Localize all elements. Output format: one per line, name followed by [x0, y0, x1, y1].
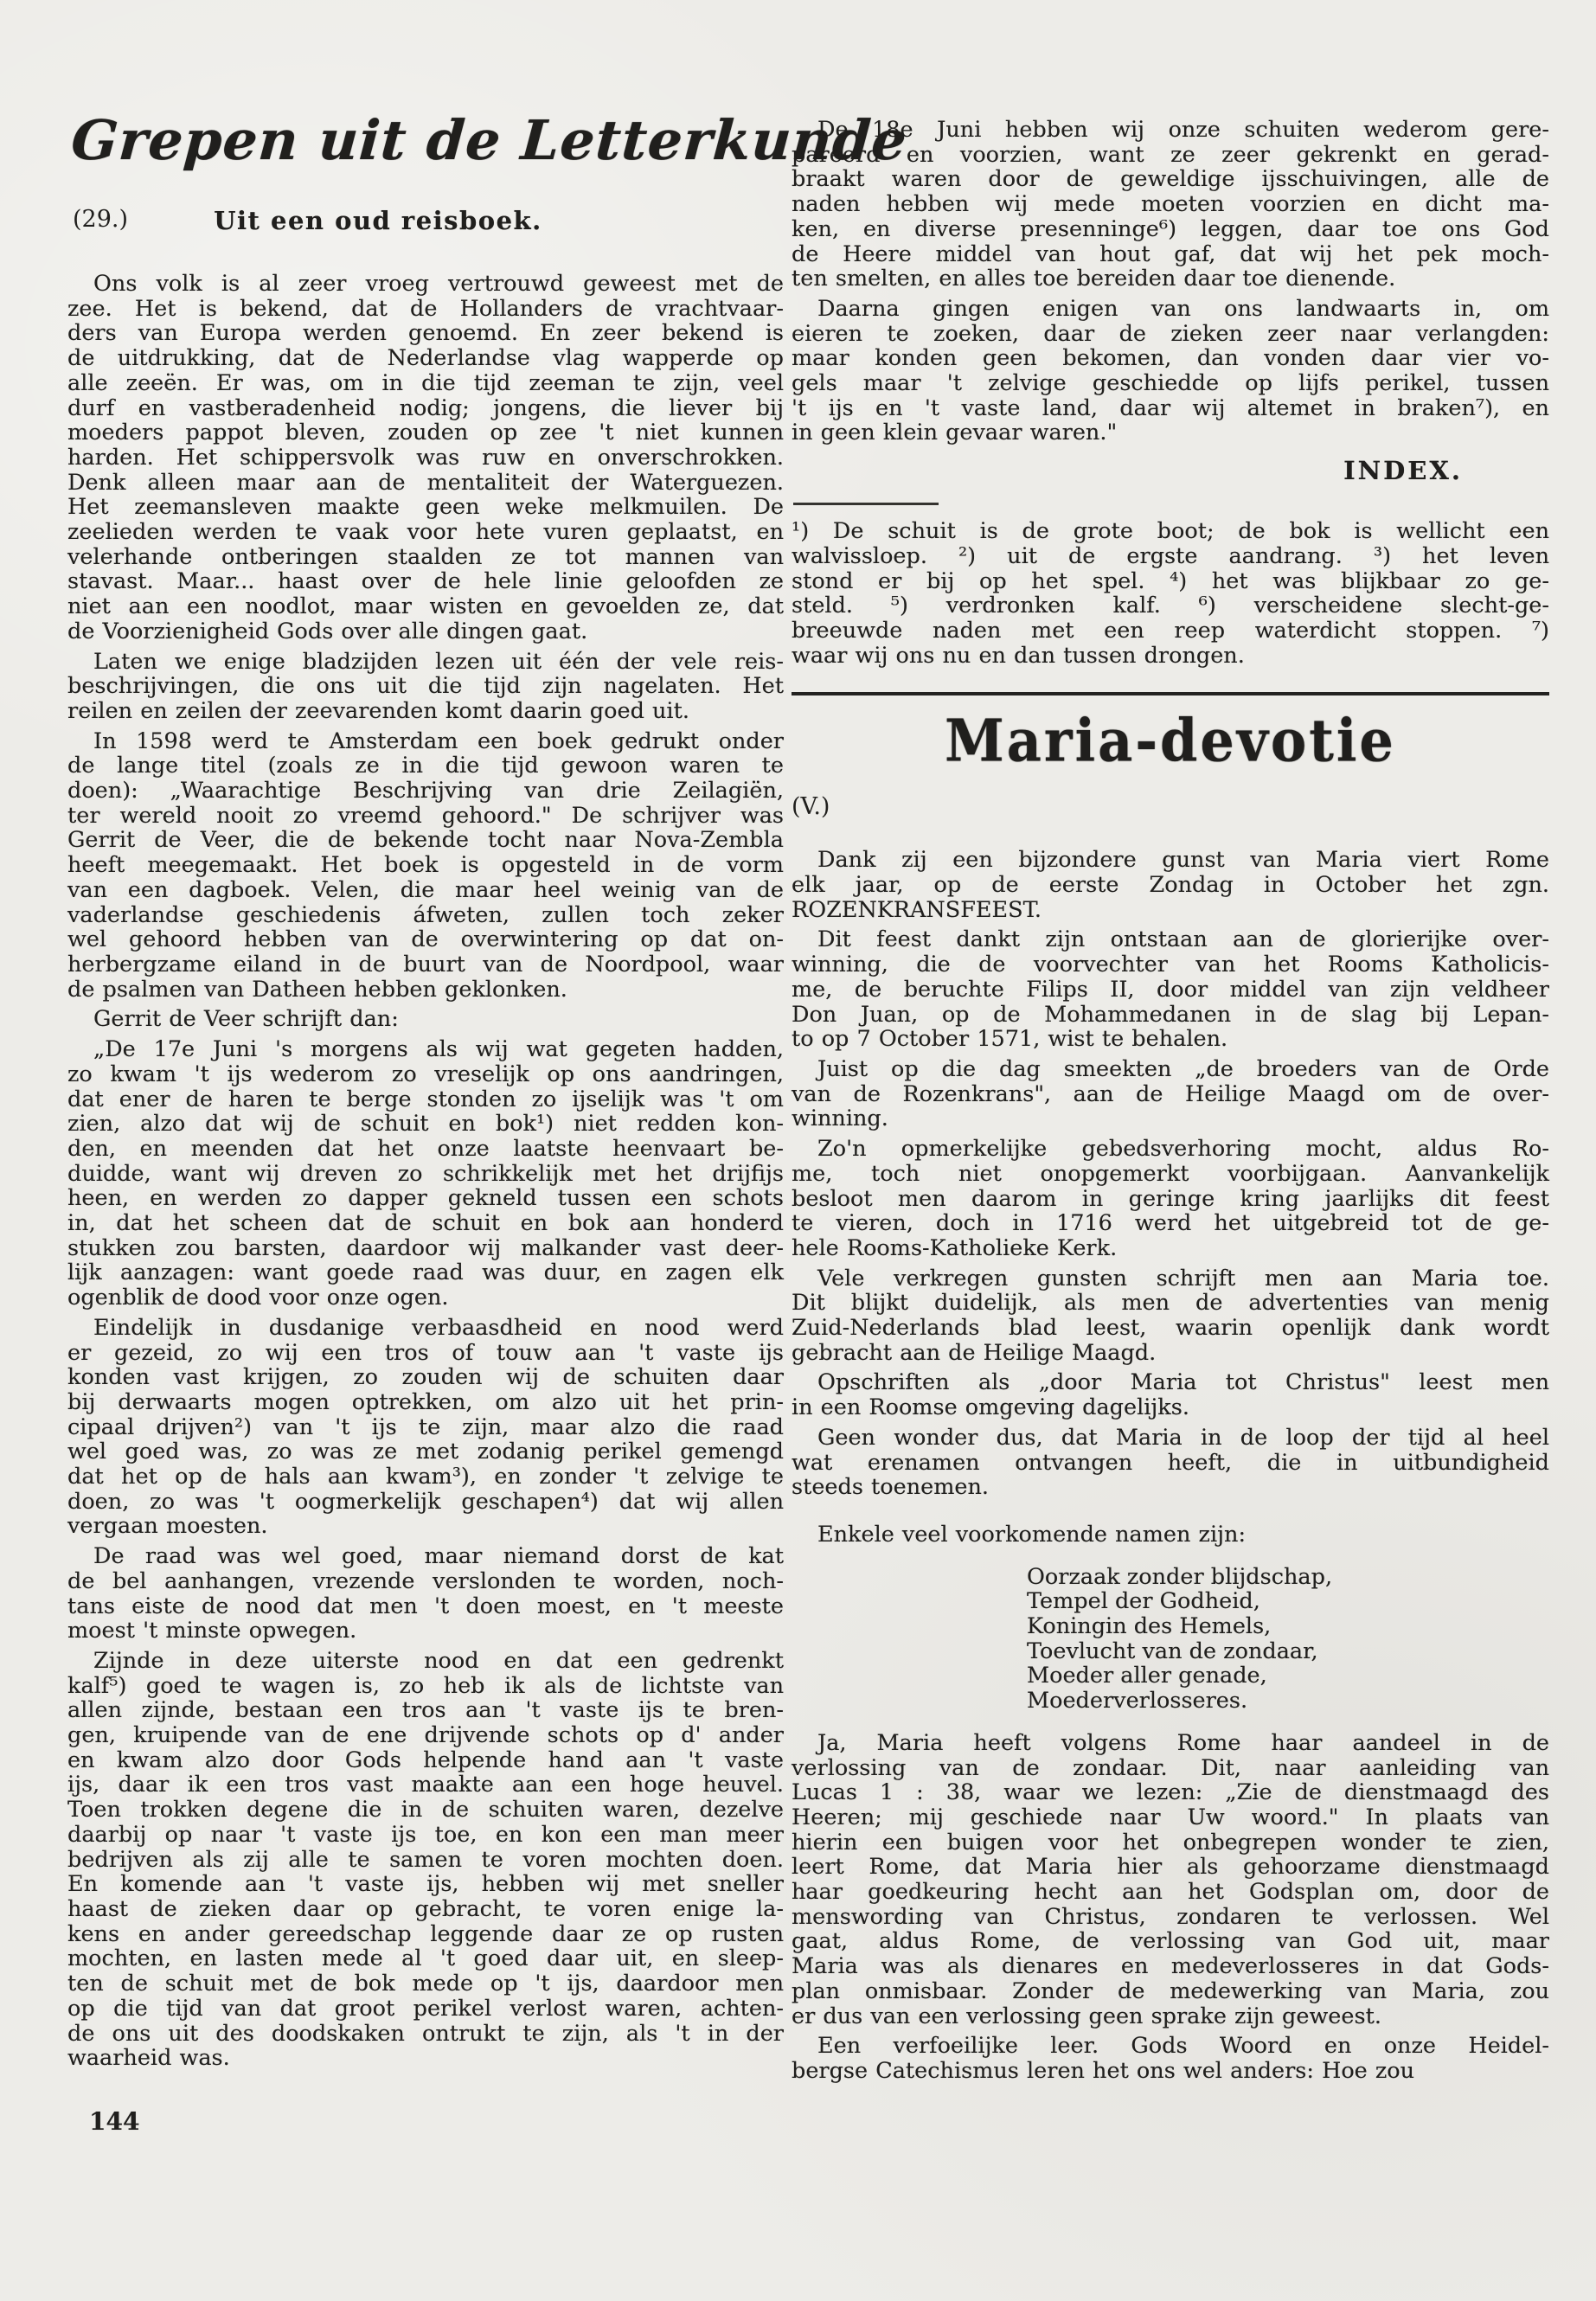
footnotes-block: ¹) De schuit is de grote boot; de bok is… — [792, 519, 1549, 668]
text-line: dat ener de haren te berge stonden zo ij… — [67, 1087, 784, 1112]
text-line: haar goedkeuring hecht aan het Godsplan … — [792, 1880, 1549, 1905]
text-line: wel goed was, zo was ze met zodanig peri… — [67, 1439, 784, 1465]
text-line: heeft meegemaakt. Het boek is opgesteld … — [67, 853, 784, 878]
paragraph: Een verfoeilijke leer. Gods Woord en onz… — [792, 2034, 1549, 2083]
right-column: De 18e Juni hebben wij onze schuiten wed… — [792, 118, 1549, 2084]
text-line: ¹) De schuit is de grote boot; de bok is… — [792, 519, 1549, 544]
text-line: Zo'n opmerkelijke gebedsverhoring mocht,… — [792, 1137, 1549, 1162]
paragraph: Vele verkregen gunsten schrijft men aan … — [792, 1266, 1549, 1366]
text-line: mochten, en lasten mede al 't goed daar … — [67, 1946, 784, 1971]
footnote-divider-rule — [793, 503, 939, 505]
paragraph: Geen wonder dus, dat Maria in de loop de… — [792, 1426, 1549, 1500]
text-line: Daarna gingen enigen van ons landwaarts … — [792, 297, 1549, 322]
text-line: eieren te zoeken, daar de zieken zeer na… — [792, 322, 1549, 347]
text-line: de uitdrukking, dat de Nederlandse vlag … — [67, 346, 784, 371]
text-line: ogenblik de dood voor onze ogen. — [67, 1285, 784, 1311]
text-line: durf en vastberadenheid nodig; jongens, … — [67, 396, 784, 421]
text-line: waar wij ons nu en dan tussen drongen. — [792, 644, 1549, 669]
text-line: waarheid was. — [67, 2046, 784, 2071]
left-column: Grepen uit de Letterkunde (29.) Uit een … — [67, 83, 784, 2071]
text-line: breeuwde naden met een reep waterdicht s… — [792, 619, 1549, 644]
text-line: En komende aan 't vaste ijs, hebben wij … — [67, 1872, 784, 1897]
text-line: beschrijvingen, die ons uit die tijd zij… — [67, 674, 784, 699]
text-line: de Voorzienigheid Gods over alle dingen … — [67, 619, 784, 644]
text-line: hierin een buigen voor het onbegrepen wo… — [792, 1830, 1549, 1856]
text-line: doen, zo was 't oogmerkelijk geschapen⁴)… — [67, 1490, 784, 1515]
paragraph: Dank zij een bijzondere gunst van Maria … — [792, 848, 1549, 922]
text-line: leert Rome, dat Maria hier als gehoorzam… — [792, 1855, 1549, 1880]
text-line: Ons volk is al zeer vroeg vertrouwd gewe… — [67, 272, 784, 297]
text-line: reilen en zeilen der zeevarenden komt da… — [67, 699, 784, 724]
text-line: Heeren; mij geschiede naar Uw woord." In… — [792, 1805, 1549, 1830]
left-column-body: Ons volk is al zeer vroeg vertrouwd gewe… — [67, 272, 784, 2071]
page-number: 144 — [89, 2107, 139, 2136]
text-line: de ons uit des doodskaken ontrukt te zij… — [67, 2022, 784, 2047]
text-line: Een verfoeilijke leer. Gods Woord en onz… — [792, 2034, 1549, 2059]
paragraph: De 18e Juni hebben wij onze schuiten wed… — [792, 118, 1549, 292]
text-line: „De 17e Juni 's morgens als wij wat gege… — [67, 1037, 784, 1062]
text-line: ijs, daar ik een tros vast maakte aan ee… — [67, 1772, 784, 1798]
text-line: op die tijd van dat groot perikel verlos… — [67, 1997, 784, 2022]
text-line: ken, en diverse presenninge⁶) leggen, da… — [792, 217, 1549, 242]
text-line: Dit feest dankt zijn ontstaan aan de glo… — [792, 927, 1549, 952]
text-line: tans eiste de nood dat men 't doen moest… — [67, 1594, 784, 1619]
scanned-magazine-page: Grepen uit de Letterkunde (29.) Uit een … — [0, 0, 1596, 2301]
text-line: Zijnde in deze uiterste nood en dat een … — [67, 1649, 784, 1674]
article-part-number: (V.) — [792, 793, 1549, 820]
text-line: Eindelijk in dusdanige verbaasdheid en n… — [67, 1316, 784, 1341]
text-line: verlossing van de zondaar. Dit, naar aan… — [792, 1756, 1549, 1781]
text-line: moeders pappot bleven, zouden op zee 't … — [67, 420, 784, 445]
text-line: Geen wonder dus, dat Maria in de loop de… — [792, 1426, 1549, 1451]
text-line: ten smelten, en alles toe bereiden daar … — [792, 266, 1549, 292]
text-line: zo kwam 't ijs wederom zo vreselijk op o… — [67, 1062, 784, 1087]
paragraph: Gerrit de Veer schrijft dan: — [67, 1007, 784, 1032]
text-line: moest 't minste opwegen. — [67, 1618, 784, 1644]
text-line: er gezeid, zo wij een tros of touw aan '… — [67, 1341, 784, 1366]
text-line: gen, kruipende van de ene drijvende scho… — [67, 1723, 784, 1748]
right-column-continuation: De 18e Juni hebben wij onze schuiten wed… — [792, 118, 1549, 445]
text-line: daarbij op naar 't vaste ijs toe, en kon… — [67, 1823, 784, 1848]
text-line: Maria was als dienares en medeverlossere… — [792, 1954, 1549, 1979]
text-line: konden vast krijgen, zo zouden wij de sc… — [67, 1365, 784, 1390]
text-line: bedrijven als zij alle te samen te voren… — [67, 1848, 784, 1873]
list-item: Koningin des Hemels, — [1027, 1614, 1549, 1639]
text-line: de bel aanhangen, vrezende verslonden te… — [67, 1569, 784, 1594]
list-item: Moeder aller genade, — [1027, 1663, 1549, 1689]
text-line: ter wereld nooit zo vreemd gehoord." De … — [67, 804, 784, 829]
text-line: In 1598 werd te Amsterdam een boek gedru… — [67, 729, 784, 754]
text-line: in een Roomse omgeving dagelijks. — [792, 1395, 1549, 1420]
text-line: Opschriften als „door Maria tot Christus… — [792, 1370, 1549, 1395]
text-line: Laten we enige bladzijden lezen uit één … — [67, 650, 784, 675]
list-item: Moederverlosseres. — [1027, 1689, 1549, 1714]
text-line: wel gehoord hebben van de overwintering … — [67, 927, 784, 952]
text-line: de lange titel (zoals ze in die tijd gew… — [67, 753, 784, 779]
text-line: Juist op die dag smeekten „de broeders v… — [792, 1057, 1549, 1082]
text-line: herbergzame eiland in de buurt van de No… — [67, 952, 784, 977]
text-line: Ja, Maria heeft volgens Rome haar aandee… — [792, 1731, 1549, 1756]
paragraph: Dit feest dankt zijn ontstaan aan de glo… — [792, 927, 1549, 1052]
text-line: zeelieden werden te vaak voor hete vuren… — [67, 520, 784, 545]
list-item: Toevlucht van de zondaar, — [1027, 1639, 1549, 1664]
text-line: me, de beruchte Filips II, door middel v… — [792, 977, 1549, 1003]
text-line: Dit blijkt duidelijk, als men de adverte… — [792, 1291, 1549, 1316]
text-line: de Heere middel van hout gaf, dat wij he… — [792, 242, 1549, 267]
text-line: Vele verkregen gunsten schrijft men aan … — [792, 1266, 1549, 1292]
paragraph: In 1598 werd te Amsterdam een boek gedru… — [67, 729, 784, 1003]
text-line: elk jaar, op de eerste Zondag in October… — [792, 873, 1549, 898]
paragraph: Zo'n opmerkelijke gebedsverhoring mocht,… — [792, 1137, 1549, 1261]
text-line: maar konden geen bekomen, dan vonden daa… — [792, 346, 1549, 371]
text-line: gaat, aldus Rome, de verlossing van God … — [792, 1929, 1549, 1954]
text-line: allen zijnde, bestaan een tros aan 't va… — [67, 1698, 784, 1723]
paragraph: Juist op die dag smeekten „de broeders v… — [792, 1057, 1549, 1131]
text-line: Gerrit de Veer schrijft dan: — [67, 1007, 784, 1032]
text-line: kens en ander gereedschap leggende daar … — [67, 1922, 784, 1947]
paragraph: De raad was wel goed, maar niemand dorst… — [67, 1544, 784, 1644]
paragraph: Opschriften als „door Maria tot Christus… — [792, 1370, 1549, 1420]
paragraph: Enkele veel voorkomende namen zijn: — [792, 1522, 1549, 1548]
text-line: heen, en werden zo dapper gekneld tussen… — [67, 1186, 784, 1211]
text-line: naden hebben wij mede moeten voorzien en… — [792, 192, 1549, 217]
text-line: ROZENKRANSFEEST. — [792, 898, 1549, 923]
article-title: Maria-devotie — [792, 707, 1549, 775]
article-body: Dank zij een bijzondere gunst van Maria … — [792, 848, 1549, 2083]
paragraph: Ons volk is al zeer vroeg vertrouwd gewe… — [67, 272, 784, 644]
text-line: pareerd en voorzien, want ze zeer gekren… — [792, 143, 1549, 168]
text-line: in geen klein gevaar waren." — [792, 420, 1549, 445]
list-item: Oorzaak zonder blijdschap, — [1027, 1565, 1549, 1590]
text-line: duidde, want wij dreven zo schrikkelijk … — [67, 1162, 784, 1187]
paragraph: Ja, Maria heeft volgens Rome haar aandee… — [792, 1731, 1549, 2029]
text-line: bergse Catechismus leren het ons wel and… — [792, 2059, 1549, 2084]
text-line: harden. Het schippersvolk was ruw en onv… — [67, 445, 784, 471]
text-line: Enkele veel voorkomende namen zijn: — [792, 1522, 1549, 1548]
text-line: De 18e Juni hebben wij onze schuiten wed… — [792, 118, 1549, 143]
text-line: doen): „Waarachtige Beschrijving van dri… — [67, 779, 784, 804]
list-item: Tempel der Godheid, — [1027, 1589, 1549, 1614]
text-line: steld. ⁵) verdronken kalf. ⁶) verscheide… — [792, 593, 1549, 619]
text-line: De raad was wel goed, maar niemand dorst… — [67, 1544, 784, 1569]
text-line: en kwam alzo door Gods helpende hand aan… — [67, 1748, 784, 1773]
series-row: (29.) Uit een oud reisboek. — [67, 206, 784, 242]
text-line: Het zeemansleven maakte geen weke melkmu… — [67, 495, 784, 520]
text-line: stukken zou barsten, daardoor wij malkan… — [67, 1236, 784, 1261]
text-line: 't ijs en 't vaste land, daar wij alteme… — [792, 396, 1549, 421]
text-line: alle zeeën. Er was, om in die tijd zeema… — [67, 371, 784, 396]
text-line: winning, die de voorvechter van het Room… — [792, 952, 1549, 977]
paragraph: Zijnde in deze uiterste nood en dat een … — [67, 1649, 784, 2071]
text-line: stond er bij op het spel. ⁴) het was bli… — [792, 569, 1549, 594]
text-line: besloot men daarom in geringe kring jaar… — [792, 1187, 1549, 1212]
text-line: braakt waren door de geweldige ijsschuiv… — [792, 167, 1549, 192]
text-line: Denk alleen maar aan de mentaliteit der … — [67, 471, 784, 496]
paragraph: Laten we enige bladzijden lezen uit één … — [67, 650, 784, 724]
text-line: zee. Het is bekend, dat de Hollanders de… — [67, 297, 784, 322]
article-subtitle: Uit een oud reisboek. — [67, 206, 689, 235]
text-line: walvissloep. ²) uit de ergste aandrang. … — [792, 544, 1549, 569]
text-line: Gerrit de Veer, die de bekende tocht naa… — [67, 828, 784, 853]
paragraph: „De 17e Juni 's morgens als wij wat gege… — [67, 1037, 784, 1311]
text-line: haast de zieken daar op gebracht, te vor… — [67, 1897, 784, 1922]
text-line: gels maar 't zelvige geschiedde op lijfs… — [792, 371, 1549, 396]
paragraph: Eindelijk in dusdanige verbaasdheid en n… — [67, 1316, 784, 1539]
text-line: Lucas 1 : 38, waar we lezen: „Zie de die… — [792, 1780, 1549, 1805]
paragraph: ¹) De schuit is de grote boot; de bok is… — [792, 519, 1549, 668]
marian-titles-list: Oorzaak zonder blijdschap,Tempel der God… — [1027, 1565, 1549, 1714]
paragraph: Daarna gingen enigen van ons landwaarts … — [792, 297, 1549, 445]
text-line: stavast. Maar... haast over de hele lini… — [67, 569, 784, 594]
text-line: lijk aanzagen: want goede raad was duur,… — [67, 1260, 784, 1285]
text-line: de psalmen van Datheen hebben geklonken. — [67, 977, 784, 1003]
text-line: hele Rooms-Katholieke Kerk. — [792, 1236, 1549, 1261]
text-line: winning. — [792, 1106, 1549, 1131]
text-line: to op 7 October 1571, wist te behalen. — [792, 1027, 1549, 1052]
section-script-title: Grepen uit de Letterkunde — [67, 83, 792, 197]
text-line: zien, alzo dat wij de schuit en bok¹) ni… — [67, 1112, 784, 1137]
text-line: menswording van Christus, zondaren te ve… — [792, 1905, 1549, 1930]
text-line: Zuid-Nederlands blad leest, waarin openl… — [792, 1316, 1549, 1341]
text-line: velerhande ontberingen staalden ze tot m… — [67, 545, 784, 570]
text-line: wat erenamen ontvangen heeft, die in uit… — [792, 1451, 1549, 1476]
text-line: Toen trokken degene die in de schuiten w… — [67, 1798, 784, 1823]
text-line: ders van Europa werden genoemd. En zeer … — [67, 321, 784, 346]
text-line: niet aan een noodlot, maar wisten en gev… — [67, 594, 784, 619]
text-line: Don Juan, op de Mohammedanen in de slag … — [792, 1003, 1549, 1028]
text-line: er dus van een verlossing geen sprake zi… — [792, 2004, 1549, 2029]
text-line: Dank zij een bijzondere gunst van Maria … — [792, 848, 1549, 873]
text-line: den, en meenden dat het onze laatste hee… — [67, 1137, 784, 1162]
text-line: van de Rozenkrans", aan de Heilige Maagd… — [792, 1082, 1549, 1107]
text-line: vaderlandse geschiedenis áfweten, zullen… — [67, 903, 784, 928]
text-line: bij derwaarts mogen optrekken, om alzo u… — [67, 1390, 784, 1415]
text-line: vergaan moesten. — [67, 1514, 784, 1539]
text-line: gebracht aan de Heilige Maagd. — [792, 1341, 1549, 1366]
text-line: steeds toenemen. — [792, 1475, 1549, 1500]
author-signature: INDEX. — [792, 456, 1549, 485]
text-line: te vieren, doch in 1716 werd het uitgebr… — [792, 1211, 1549, 1236]
article-divider-rule — [792, 692, 1549, 695]
text-line: me, toch niet onopgemerkt voorbijgaan. A… — [792, 1162, 1549, 1187]
text-line: dat het op de hals aan kwam³), en zonder… — [67, 1465, 784, 1490]
text-line: van een dagboek. Velen, die maar heel we… — [67, 878, 784, 903]
text-line: kalf⁵) goed te wagen is, zo heb ik als d… — [67, 1674, 784, 1699]
text-line: ten de schuit met de bok mede op 't ijs,… — [67, 1971, 784, 1997]
text-line: cipaal drijven²) van 't ijs te zijn, maa… — [67, 1415, 784, 1440]
text-line: in, dat het scheen dat de schuit en bok … — [67, 1211, 784, 1236]
text-line: plan onmisbaar. Zonder de medewerking va… — [792, 1979, 1549, 2004]
